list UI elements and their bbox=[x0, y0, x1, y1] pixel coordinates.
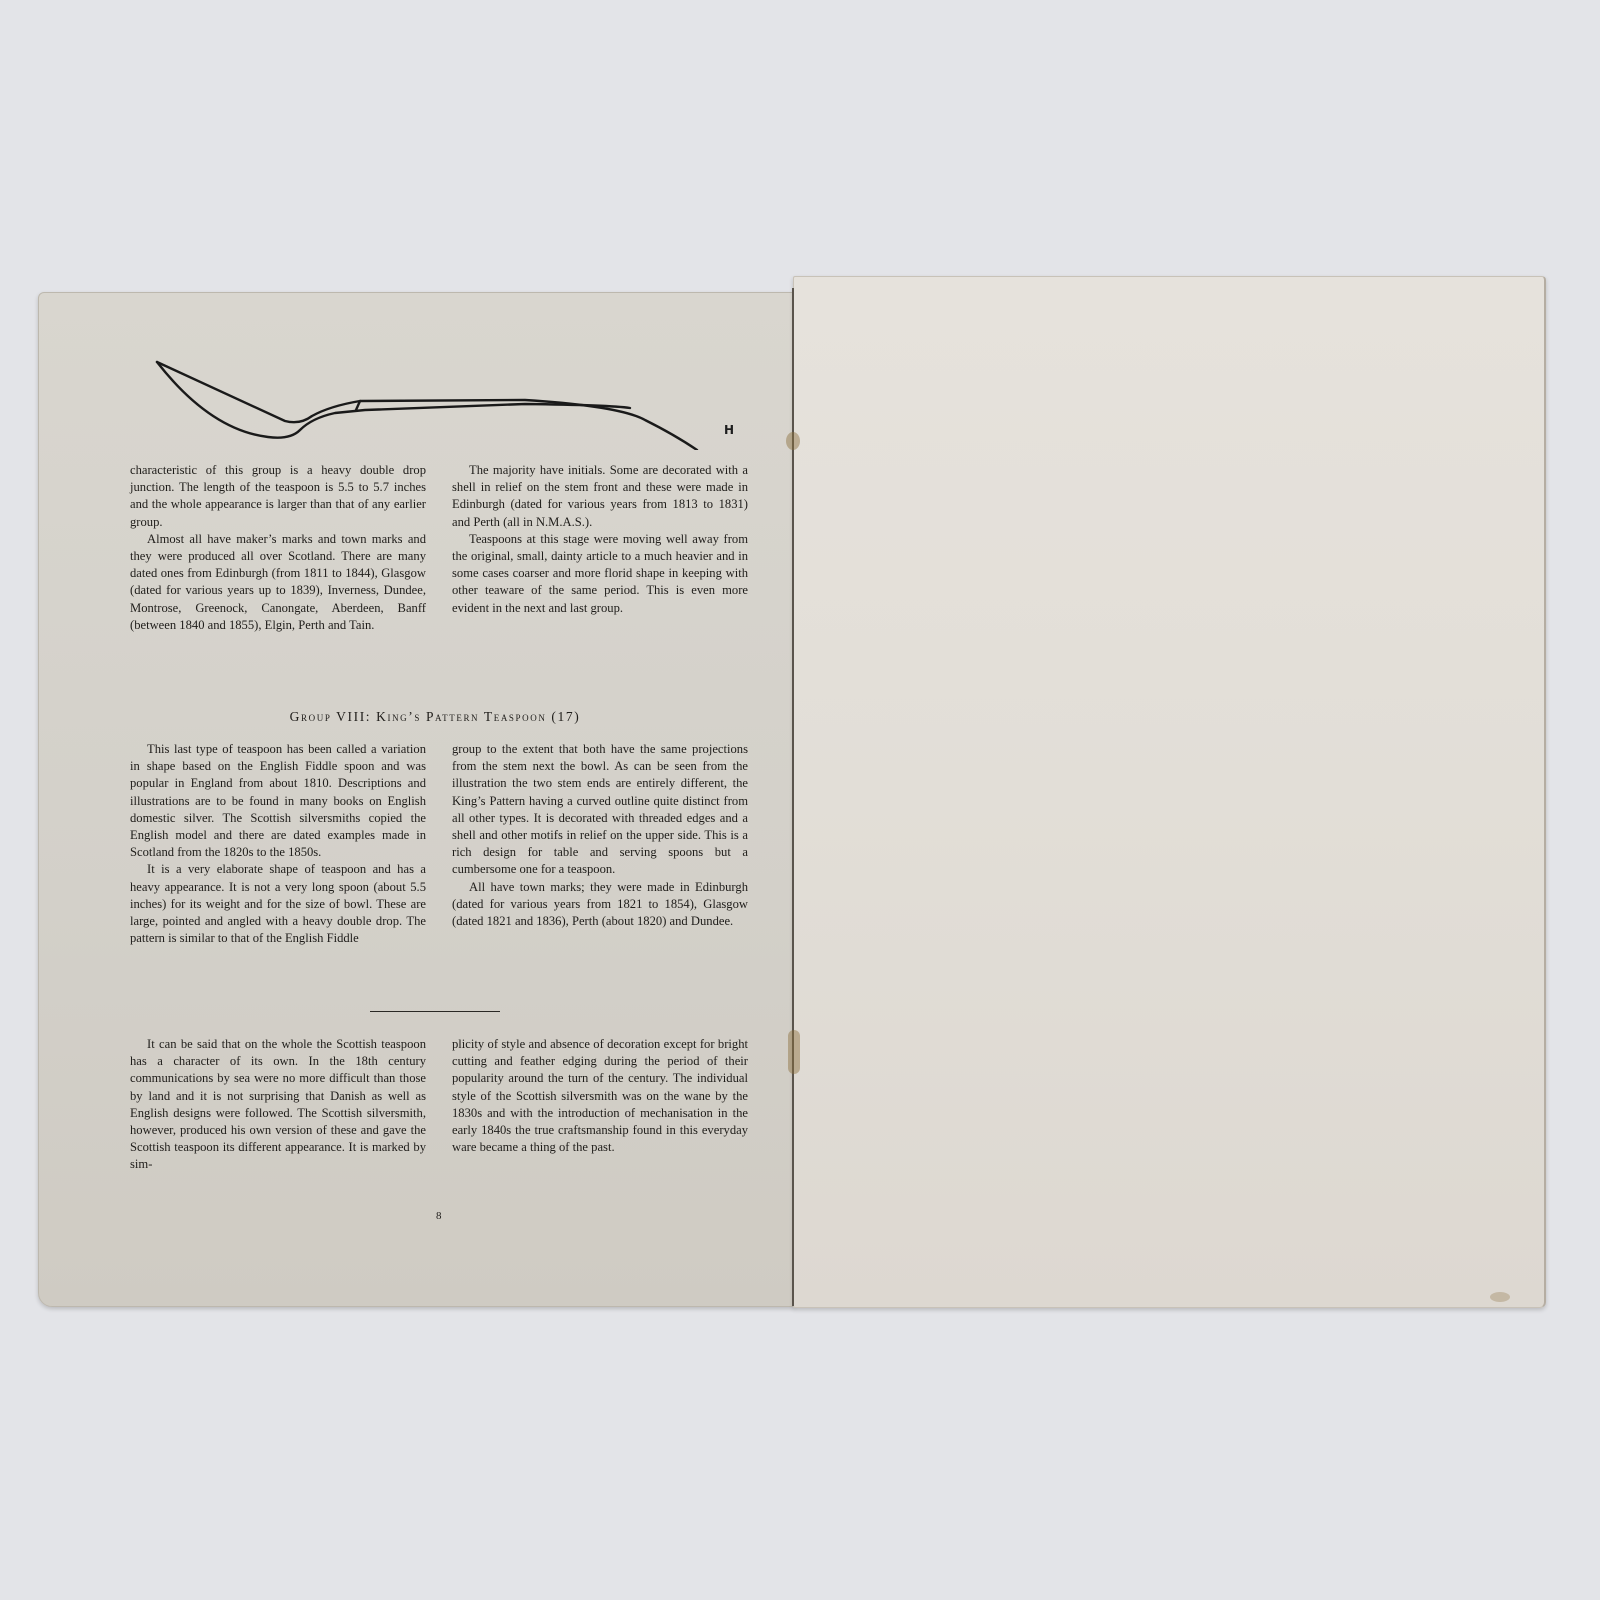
paragraph: Teaspoons at this stage were moving well… bbox=[452, 531, 748, 617]
conclusion-column-2: plicity of style and absence of decorati… bbox=[452, 1036, 748, 1156]
paragraph: The majority have initials. Some are dec… bbox=[452, 462, 748, 531]
paragraph: Almost all have maker’s marks and town m… bbox=[130, 531, 426, 634]
figure-label: H bbox=[724, 423, 734, 437]
right-page-blank bbox=[793, 276, 1546, 1308]
paragraph: This last type of teaspoon has been call… bbox=[130, 741, 426, 861]
paragraph: plicity of style and absence of decorati… bbox=[452, 1036, 748, 1156]
paragraph: It can be said that on the whole the Sco… bbox=[130, 1036, 426, 1174]
group-section-column-1: This last type of teaspoon has been call… bbox=[130, 741, 426, 947]
section-divider bbox=[370, 1011, 500, 1012]
group-section-column-2: group to the extent that both have the s… bbox=[452, 741, 748, 930]
top-section-column-2: The majority have initials. Some are dec… bbox=[452, 462, 748, 617]
spine-stain-bottom bbox=[788, 1030, 800, 1074]
section-heading: Group VIII: King’s Pattern Teaspoon (17) bbox=[120, 709, 750, 725]
top-section-column-1: characteristic of this group is a heavy … bbox=[130, 462, 426, 634]
spine-stain-top bbox=[786, 432, 800, 450]
paragraph: characteristic of this group is a heavy … bbox=[130, 462, 426, 531]
teaspoon-illustration bbox=[150, 350, 750, 450]
paragraph: It is a very elaborate shape of teaspoon… bbox=[130, 861, 426, 947]
conclusion-column-1: It can be said that on the whole the Sco… bbox=[130, 1036, 426, 1174]
corner-stain bbox=[1490, 1292, 1510, 1302]
page-number: 8 bbox=[436, 1210, 442, 1222]
paragraph: All have town marks; they were made in E… bbox=[452, 879, 748, 931]
paragraph: group to the extent that both have the s… bbox=[452, 741, 748, 879]
